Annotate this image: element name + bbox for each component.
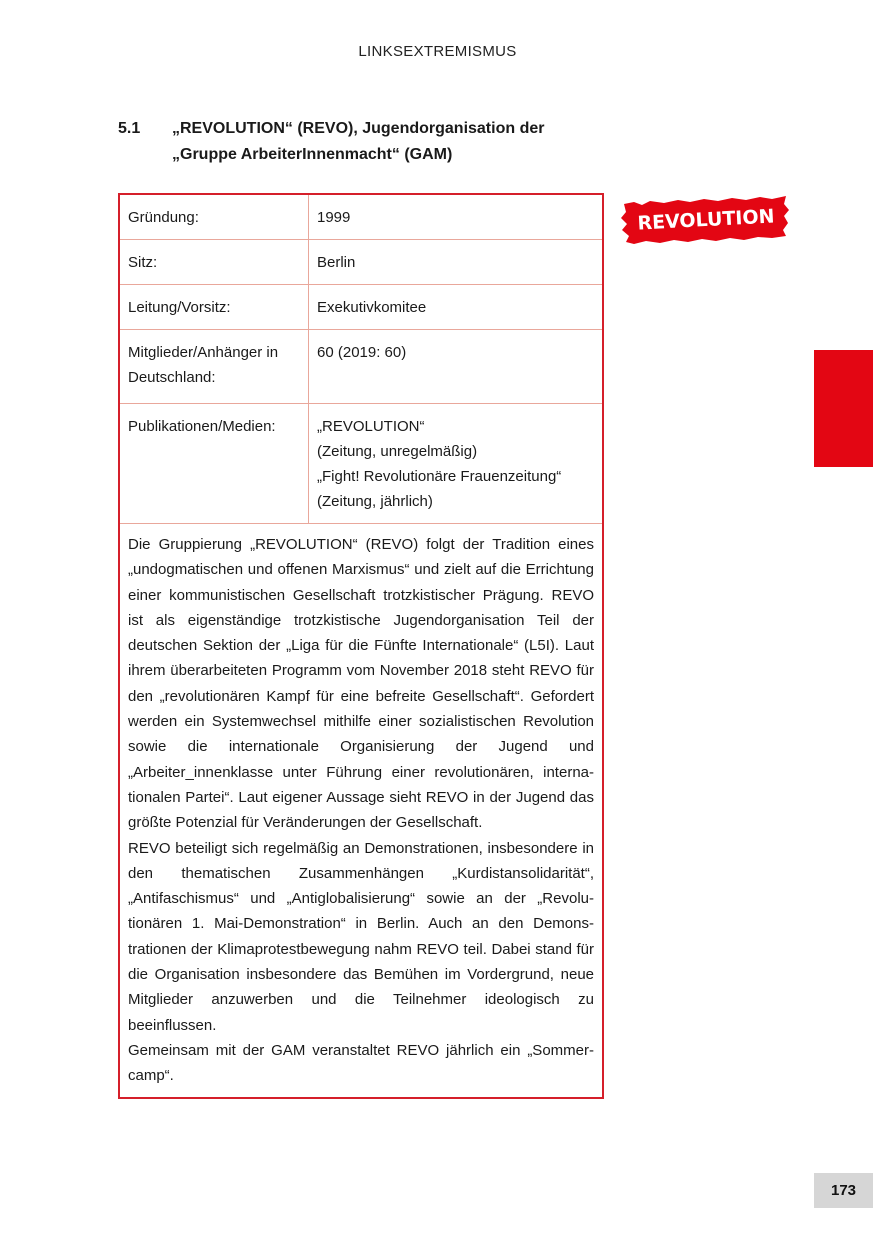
publication-note: (Zeitung, jährlich) [317, 489, 594, 514]
row-value: Berlin [309, 240, 603, 285]
description-paragraph: REVO beteiligt sich regelmäßig an Demons… [128, 836, 594, 1038]
publication-note: (Zeitung, unregelmäßig) [317, 439, 594, 464]
page-number: 173 [814, 1173, 873, 1208]
row-label: Gründung: [120, 195, 309, 240]
table-row: Leitung/Vorsitz: Exekutivkomitee [120, 285, 602, 330]
publication-title: „REVOLUTION“ [317, 414, 594, 439]
row-label: Sitz: [120, 240, 309, 285]
section-heading: 5.1 „REVOLUTION“ (REVO), Jugendorganisat… [118, 116, 608, 168]
section-title: „REVOLUTION“ (REVO), Jugendorganisation … [172, 116, 608, 168]
row-label-text: Mitglieder/Anhänger in Deutschland: [128, 340, 288, 390]
running-head: LINKSEXTREMISMUS [0, 43, 875, 60]
description-paragraph: Die Gruppierung „REVOLUTION“ (REVO) folg… [128, 532, 594, 836]
row-label: Publikationen/Medien: [120, 404, 309, 524]
table-row: Gründung: 1999 [120, 195, 602, 240]
row-value: 1999 [309, 195, 603, 240]
info-table: Gründung: 1999 Sitz: Berlin Leitung/Vors… [120, 195, 602, 524]
row-value: 60 (2019: 60) [309, 330, 603, 404]
revolution-logo-icon: REVOLUTION [620, 194, 790, 246]
row-label: Mitglieder/Anhänger in Deutschland: [120, 330, 309, 404]
row-value: Exekutivkomitee [309, 285, 603, 330]
row-label: Leitung/Vorsitz: [120, 285, 309, 330]
description-paragraph: Gemeinsam mit der GAM veranstaltet REVO … [128, 1038, 594, 1089]
section-number: 5.1 [118, 116, 140, 142]
publication-title: „Fight! Revolutionäre Frauenzeitung“ [317, 464, 594, 489]
chapter-tab-marker [814, 350, 873, 467]
table-row: Mitglieder/Anhänger in Deutschland: 60 (… [120, 330, 602, 404]
table-row: Sitz: Berlin [120, 240, 602, 285]
description: Die Gruppierung „REVOLUTION“ (REVO) folg… [120, 524, 602, 1097]
row-value: „REVOLUTION“ (Zeitung, unregelmäßig) „Fi… [309, 404, 603, 524]
info-box: Gründung: 1999 Sitz: Berlin Leitung/Vors… [118, 193, 604, 1099]
table-row: Publikationen/Medien: „REVOLUTION“ (Zeit… [120, 404, 602, 524]
